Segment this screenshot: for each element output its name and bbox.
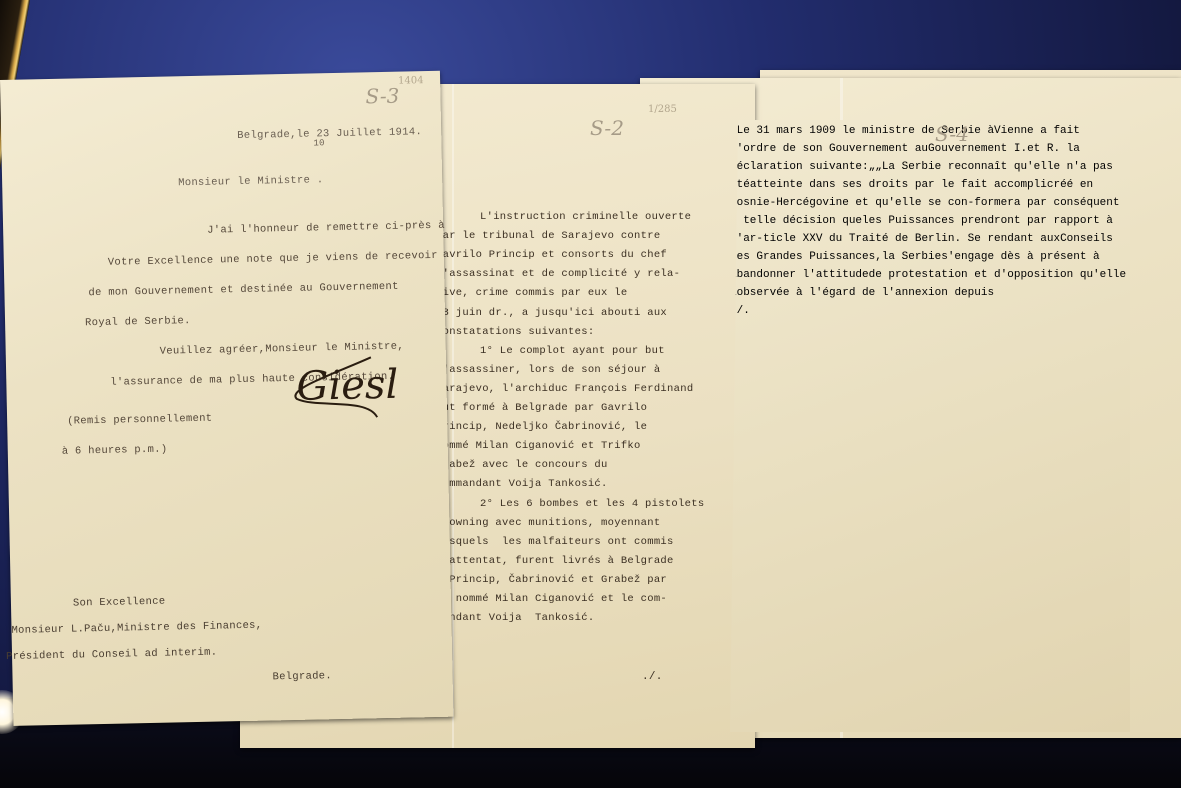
archive-number: 1404 <box>398 75 424 87</box>
text-line: d'assassinat et de complicité y rela- <box>436 269 680 280</box>
text-line: fut formé à Belgrade par Gavrilo <box>436 403 647 414</box>
text-line: ticle XXV du Traité de Berlin. Se rendan… <box>763 233 1060 245</box>
text-line: 2° Les 6 bombes et les 4 pistolets <box>480 499 704 510</box>
folio-number: S-4 <box>935 122 969 146</box>
letter-addressee: Son ExcellenceMonsieur L.Paču,Ministre d… <box>0 71 440 80</box>
text-line: Royal de Serbie. <box>85 316 191 329</box>
letter-salutation: Monsieur le Ministre . <box>178 175 323 189</box>
text-line: de mon Gouvernement et destinée au Gouve… <box>88 282 398 299</box>
text-line: Grabež avec le concours du <box>436 460 608 471</box>
paper-fold <box>452 84 454 748</box>
folio-number: S-2 <box>590 116 624 140</box>
letter-page: S-3 1404 Belgrade,le 23 Juillet 1914. 10… <box>0 71 453 726</box>
letter-dateline: Belgrade,le 23 Juillet 1914. <box>237 127 422 141</box>
text-line: le nommé Milan Ciganović et le com- <box>436 594 667 605</box>
text-line: par le tribunal de Sarajevo contre <box>436 231 660 242</box>
text-line: l'attentat, furent livrés à Belgrade <box>436 556 674 567</box>
archive-number: 1/285 <box>648 104 677 115</box>
letter-body: J'ai l'honneur de remettre ci-près àVotr… <box>0 71 440 80</box>
text-line: à Princip, Čabrinović et Grabež par <box>436 575 667 586</box>
text-line: Gavrilo Princip et consorts du chef <box>436 250 667 261</box>
text-line: tive, crime commis par eux le <box>436 288 627 299</box>
text-line: à 6 heures p.m.) <box>62 445 168 458</box>
text-line: d'assassiner, lors de son séjour à <box>436 365 660 376</box>
text-line: lesquels les malfaiteurs ont commis <box>436 537 674 548</box>
end-mark: ./. <box>642 672 663 683</box>
letter-delivery-note: (Remis personnellementà 6 heures p.m.) <box>0 71 440 80</box>
text-line: Son Excellence <box>73 597 166 609</box>
text-line: constatations suivantes: <box>436 327 594 338</box>
text-line: mandant Voija Tankosić. <box>436 613 594 624</box>
page4-text: „Le 31 mars 1909 le ministre de Serbie à… <box>730 120 1130 300</box>
text-line: Browning avec munitions, moyennant <box>436 518 660 529</box>
text-line: Sarajevo, l'archiduc François Ferdinand <box>436 384 693 395</box>
text-line: J'ai l'honneur de remettre ci-près à <box>207 221 445 236</box>
text-line: 1° Le complot ayant pour but <box>480 346 665 357</box>
text-line: Votre Excellence une note que je viens d… <box>108 251 438 268</box>
folio-number: S-3 <box>365 84 399 109</box>
text-line: atteinte dans ses droits par le fait acc… <box>750 179 1047 191</box>
text-line: (Remis personnellement <box>67 414 212 428</box>
document-page-4-body: S-4 1436 „Le 31 mars 1909 le ministre de… <box>730 120 1130 732</box>
text-line: Monsieur L.Paču,Ministre des Finances, <box>11 621 262 637</box>
signature-flourish <box>276 352 397 424</box>
text-line: Princip, Nedeljko Čabrinović, le <box>436 422 647 433</box>
text-line: 28 juin dr., a jusqu'ici abouti aux <box>436 308 667 319</box>
text-line: Président du Conseil ad interim. <box>6 648 217 663</box>
text-line: Belgrade. <box>272 671 332 683</box>
text-line: nommé Milan Ciganović et Trifko <box>436 441 641 452</box>
text-line: commandant Voija Tankosić. <box>436 479 608 490</box>
text-line: L'instruction criminelle ouverte <box>480 212 691 223</box>
text-line: observée à l'égard de l'annexion depuis <box>737 287 994 299</box>
letter-dateline-old-style: 10 <box>313 139 325 148</box>
